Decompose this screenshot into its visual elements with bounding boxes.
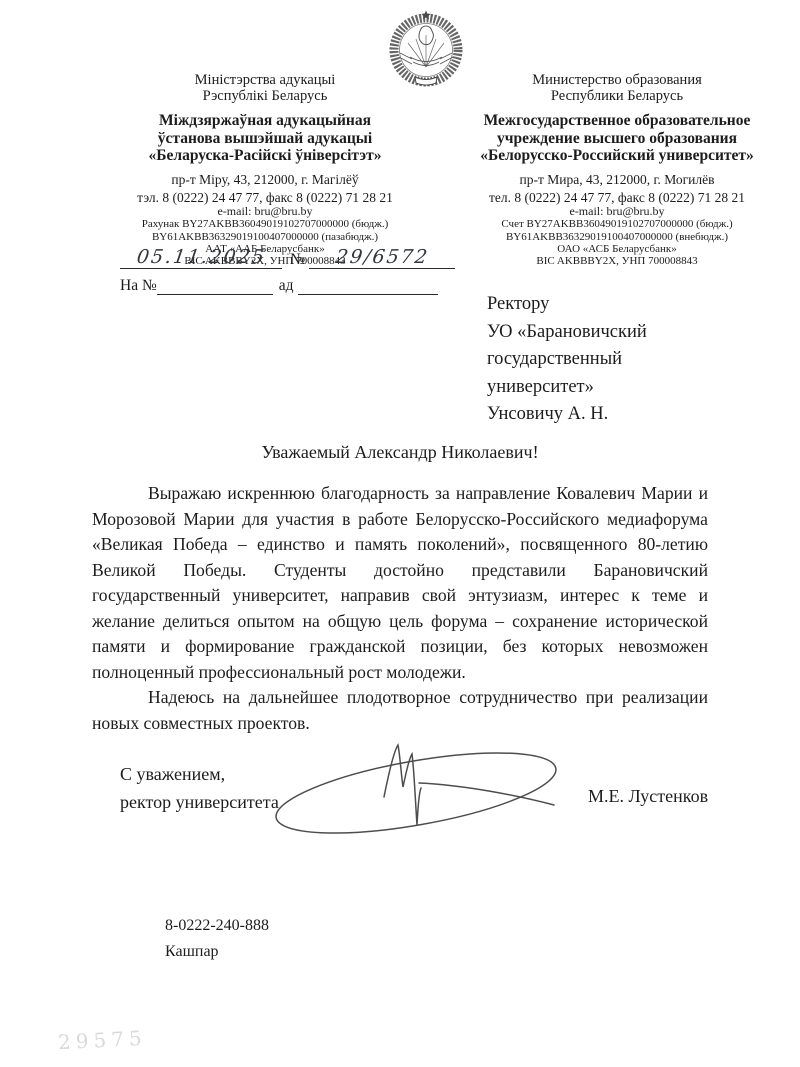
org-email: e-mail: bru@bru.by bbox=[100, 205, 430, 218]
ministry-line: Рэспублікі Беларусь bbox=[100, 88, 430, 104]
handwritten-date: 05.11.2025 bbox=[135, 246, 267, 268]
org-name-line: учреждение высшего образования bbox=[452, 130, 782, 147]
letterhead-belarusian: Міністэрства адукацыі Рэспублікі Беларус… bbox=[100, 72, 430, 267]
ministry-line: Республики Беларусь bbox=[452, 88, 782, 104]
reply-date-field bbox=[298, 276, 438, 295]
bank-account-2: BY61AKBB36329019100407000000 (пазабюдж.) bbox=[100, 231, 430, 243]
org-name-line: «Белорусско-Российский университет» bbox=[452, 147, 782, 164]
executor-name: Кашпар bbox=[165, 939, 269, 965]
signature-scribble bbox=[268, 733, 570, 845]
bank-account-1: Рахунак BY27AKBB36049019102707000000 (бю… bbox=[100, 218, 430, 230]
bank-name: ОАО «АСБ Беларусбанк» bbox=[452, 243, 782, 255]
outgoing-date-field: 05.11.2025 bbox=[120, 246, 282, 269]
reply-number-field bbox=[157, 276, 273, 295]
signer-name: М.Е. Лустенков bbox=[588, 786, 708, 807]
closing-line: С уважением, bbox=[120, 760, 279, 788]
reply-from-label: ад bbox=[273, 277, 298, 294]
recipient-line: государственный bbox=[487, 346, 647, 374]
reference-block: 05.11.2025№29/6572 На №ад bbox=[120, 246, 470, 300]
recipient-block: Ректору УО «Барановичский государственны… bbox=[487, 291, 647, 429]
reply-to-label: На № bbox=[120, 277, 157, 294]
faint-scan-number: 29575 bbox=[57, 1026, 147, 1055]
body-paragraph-1: Выражаю искреннюю благодарность за напра… bbox=[92, 481, 708, 685]
ministry-line: Міністэрства адукацыі bbox=[100, 72, 430, 88]
ministry-line: Министерство образования bbox=[452, 72, 782, 88]
number-sign-label: № bbox=[282, 251, 309, 268]
recipient-line: университет» bbox=[487, 374, 647, 402]
outgoing-number-field: 29/6572 bbox=[309, 246, 455, 269]
letter-body: Выражаю искреннюю благодарность за напра… bbox=[92, 481, 708, 736]
recipient-line: Ректору bbox=[487, 291, 647, 319]
org-phone: тэл. 8 (0222) 24 47 77, факс 8 (0222) 71… bbox=[100, 190, 430, 205]
closing-block: С уважением, ректор университета bbox=[120, 760, 279, 816]
org-address: пр-т Мира, 43, 212000, г. Могилёв bbox=[452, 172, 782, 187]
body-paragraph-2: Надеюсь на дальнейшее плодотворное сотру… bbox=[92, 685, 708, 736]
org-name-line: Міждзяржаўная адукацыйная bbox=[100, 112, 430, 129]
bank-bic: BIC AKBBBY2X, УНП 700008843 bbox=[452, 255, 782, 267]
org-email: e-mail: bru@bru.by bbox=[452, 205, 782, 218]
salutation: Уважаемый Александр Николаевич! bbox=[92, 442, 708, 463]
recipient-line: Унсовичу А. Н. bbox=[487, 401, 647, 429]
letter-page: Міністэрства адукацыі Рэспублікі Беларус… bbox=[0, 0, 800, 1067]
letterhead-russian: Министерство образования Республики Бела… bbox=[452, 72, 782, 267]
org-phone: тел. 8 (0222) 24 47 77, факс 8 (0222) 71… bbox=[452, 190, 782, 205]
org-address: пр-т Міру, 43, 212000, г. Магілёў bbox=[100, 172, 430, 187]
handwritten-number: 29/6572 bbox=[334, 246, 430, 268]
org-name-line: Межгосударственное образовательное bbox=[452, 112, 782, 129]
signer-title: ректор университета bbox=[120, 788, 279, 816]
bank-account-1: Счет BY27AKBB36049019102707000000 (бюдж.… bbox=[452, 218, 782, 230]
org-name-line: «Беларуска-Расійскі ўніверсітэт» bbox=[100, 147, 430, 164]
executor-block: 8-0222-240-888 Кашпар bbox=[165, 913, 269, 965]
bank-account-2: BY61AKBB36329019100407000000 (внебюдж.) bbox=[452, 231, 782, 243]
org-name-line: ўстанова вышэйшай адукацыі bbox=[100, 130, 430, 147]
executor-phone: 8-0222-240-888 bbox=[165, 913, 269, 939]
recipient-line: УО «Барановичский bbox=[487, 319, 647, 347]
